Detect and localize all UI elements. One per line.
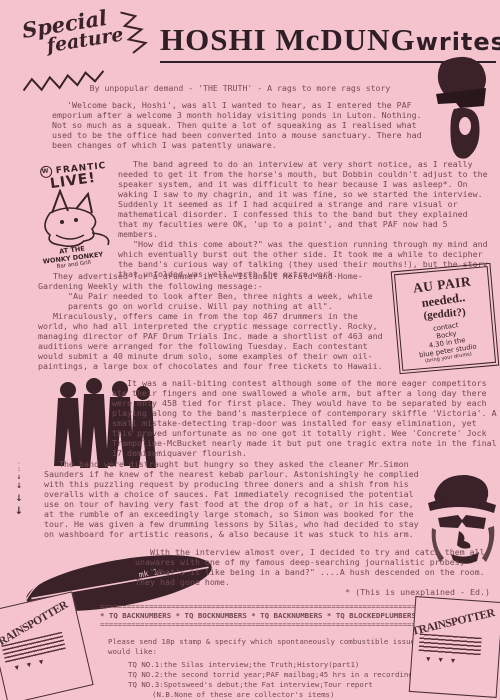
article-paragraph: The band agreed to do an interview at ve… xyxy=(118,159,490,239)
frantic-donkey-ad: W FRANTIC LIVE! AT THE WONKY DONKEY Bar … xyxy=(26,163,120,275)
down-arrow-icon: ↓ xyxy=(8,503,30,517)
article-paragraph: "What's it like being in a band?" ....A … xyxy=(135,567,495,577)
article-paragraph: 'Welcome back, Hoshi', was all I wanted … xyxy=(52,100,424,150)
issue-list-item: TQ NO.1:the Silas interview;the Truth;Hi… xyxy=(128,660,359,670)
arrow-doodle-column: · : ↓ ↓ ↓ ↓ xyxy=(8,462,30,517)
issue-list-item: TQ NO.3:Spotsweed's debut;the Fat interv… xyxy=(128,680,373,690)
nb-note: (N.B.None of these are collector's items… xyxy=(152,690,334,700)
article-paragraph: It was a nail-biting contest although so… xyxy=(112,378,498,458)
sunglasses-face-illustration xyxy=(424,52,496,164)
article-paragraph: With the interview almost over, I decide… xyxy=(135,547,495,567)
article-paragraph-group: The band agreed to do an interview at ve… xyxy=(118,159,490,279)
cover-text-lines xyxy=(419,633,482,655)
article-paragraph-group: They advertised for a drummer in the Ist… xyxy=(38,271,390,371)
title-main: HOSHI McDUNG xyxy=(160,22,416,57)
editor-note: * (This is unexplained - Ed.) xyxy=(300,587,490,597)
trainspotter-title: TRAINSPOTTER xyxy=(411,606,500,638)
order-info: Please send 18p stamp & specify which sp… xyxy=(108,637,442,657)
zine-page: Special feature HOSHI McDUNGwrites By un… xyxy=(0,0,500,700)
article-paragraph: The band were distraught but hungry so t… xyxy=(44,459,428,539)
article-paragraph: Miraculously, offers came in from the to… xyxy=(38,311,390,371)
divider-bottom: ========================================… xyxy=(100,620,425,630)
article-paragraph: They advertised for a drummer in the Ist… xyxy=(38,271,390,291)
donkey-illustration xyxy=(28,189,118,247)
trainspotter-cover-right: TRAINSPOTTER ▼ ▼ ▼ xyxy=(409,596,500,698)
article-paragraph: They had gone home. xyxy=(135,577,495,587)
issue-list-item: TQ NO.2:the second torrid year;PAF mailb… xyxy=(128,670,444,680)
triangles-icon: ▼ ▼ ▼ xyxy=(426,655,498,668)
au-pair-ad: AU PAIR needed.. (geddit?) contact Bocky… xyxy=(394,266,496,371)
au-pair-quote: "Au Pair needed to look after Ben, three… xyxy=(38,291,390,311)
article-paragraph-group: With the interview almost over, I decide… xyxy=(135,547,495,587)
subtitle: By unpopular demand - 'THE TRUTH' - A ra… xyxy=(62,83,418,93)
